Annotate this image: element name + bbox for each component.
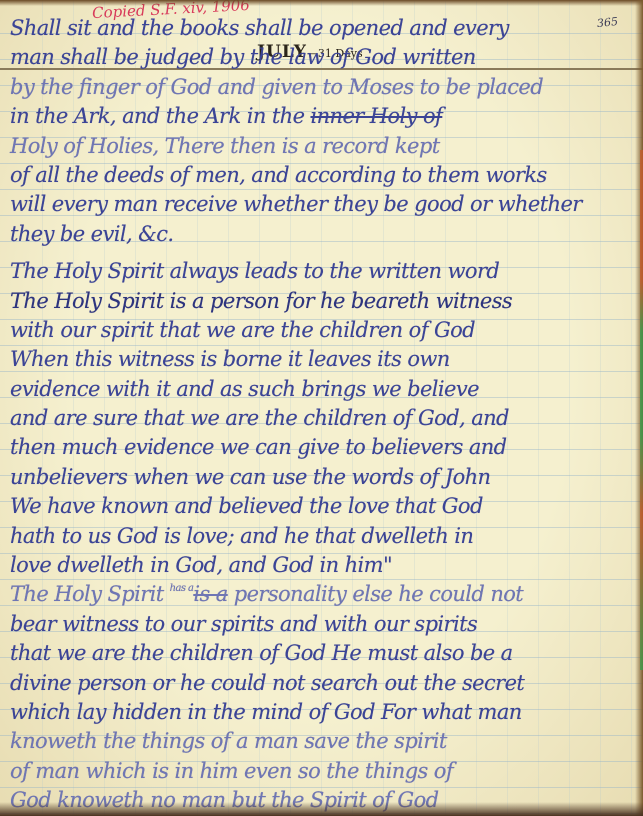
line-text: in the Ark, and the Ark in the	[10, 104, 310, 128]
line-text: that we are the children of God He must …	[10, 641, 513, 665]
line-text: with our spirit that we are the children…	[10, 318, 475, 342]
line-text: knoweth the things of a man save the spi…	[10, 729, 447, 753]
handwritten-line: The Holy Spirit is a person for he beare…	[10, 287, 625, 316]
handwritten-line: of all the deeds of men, and according t…	[10, 161, 625, 190]
struck-text: is a	[193, 582, 227, 606]
line-text: When this witness is borne it leaves its…	[10, 347, 450, 371]
line-text: The Holy Spirit is a person for he beare…	[10, 289, 512, 313]
handwritten-line: man shall be judged by the law of God wr…	[10, 43, 625, 72]
handwritten-line: which lay hidden in the mind of God For …	[10, 698, 625, 727]
handwritten-line: evidence with it and as such brings we b…	[10, 375, 625, 404]
handwritten-line: they be evil, &c.	[10, 220, 625, 249]
line-text: Shall sit and the books shall be opened …	[10, 16, 509, 40]
handwritten-line: in the Ark, and the Ark in the inner Hol…	[10, 102, 625, 131]
handwritten-line: and are sure that we are the children of…	[10, 404, 625, 433]
line-text: by the finger of God and given to Moses …	[10, 75, 543, 99]
handwritten-line: that we are the children of God He must …	[10, 639, 625, 668]
handwritten-line: divine person or he could not search out…	[10, 669, 625, 698]
line-text: they be evil, &c.	[10, 222, 173, 246]
handwritten-line: knoweth the things of a man save the spi…	[10, 727, 625, 756]
struck-text: inner Holy of	[310, 104, 442, 128]
handwritten-line: then much evidence we can give to believ…	[10, 433, 625, 462]
line-text: man shall be judged by the law of God wr…	[10, 45, 476, 69]
handwritten-line: We have known and believed the love that…	[10, 492, 625, 521]
line-text: then much evidence we can give to believ…	[10, 435, 507, 459]
paragraph-break	[10, 249, 625, 257]
line-text: love dwelleth in God, and God in him"	[10, 553, 392, 577]
handwritten-line: The Holy Spirit always leads to the writ…	[10, 257, 625, 286]
line-text: hath to us God is love; and he that dwel…	[10, 524, 473, 548]
line-text: evidence with it and as such brings we b…	[10, 377, 479, 401]
line-text: The Holy Spirit always leads to the writ…	[10, 259, 499, 283]
page-edge-bottom	[0, 802, 643, 816]
handwritten-line: Holy of Holies, There then is a record k…	[10, 132, 625, 161]
handwritten-line: unbelievers when we can use the words of…	[10, 463, 625, 492]
handwritten-line: The Holy Spirit has ais a personality el…	[10, 580, 625, 609]
handwritten-text: Shall sit and the books shall be opened …	[10, 14, 625, 816]
handwritten-line: Shall sit and the books shall be opened …	[10, 14, 625, 43]
line-text: divine person or he could not search out…	[10, 671, 524, 695]
page-edge-top	[0, 0, 643, 6]
handwritten-line: hath to us God is love; and he that dwel…	[10, 522, 625, 551]
handwritten-line: When this witness is borne it leaves its…	[10, 345, 625, 374]
line-text: and are sure that we are the children of…	[10, 406, 509, 430]
handwritten-line: will every man receive whether they be g…	[10, 190, 625, 219]
handwritten-line: bear witness to our spirits and with our…	[10, 610, 625, 639]
handwritten-line: love dwelleth in God, and God in him"	[10, 551, 625, 580]
line-text: unbelievers when we can use the words of…	[10, 465, 490, 489]
line-text: which lay hidden in the mind of God For …	[10, 700, 522, 724]
inserted-text: has a	[170, 583, 194, 594]
line-text: Holy of Holies, There then is a record k…	[10, 134, 440, 158]
line-text: of man which is in him even so the thing…	[10, 759, 453, 783]
line-text: The Holy Spirit	[10, 582, 170, 606]
line-text: of all the deeds of men, and according t…	[10, 163, 547, 187]
diary-page: Copied S.F. xiv, 1906 365 JULY—31 Days S…	[0, 0, 643, 816]
handwritten-line: with our spirit that we are the children…	[10, 316, 625, 345]
line-text: bear witness to our spirits and with our…	[10, 612, 477, 636]
line-text: will every man receive whether they be g…	[10, 192, 582, 216]
line-text-continued: personality else he could not	[228, 582, 523, 606]
line-text: We have known and believed the love that…	[10, 494, 483, 518]
handwritten-line: of man which is in him even so the thing…	[10, 757, 625, 786]
handwritten-line: by the finger of God and given to Moses …	[10, 73, 625, 102]
